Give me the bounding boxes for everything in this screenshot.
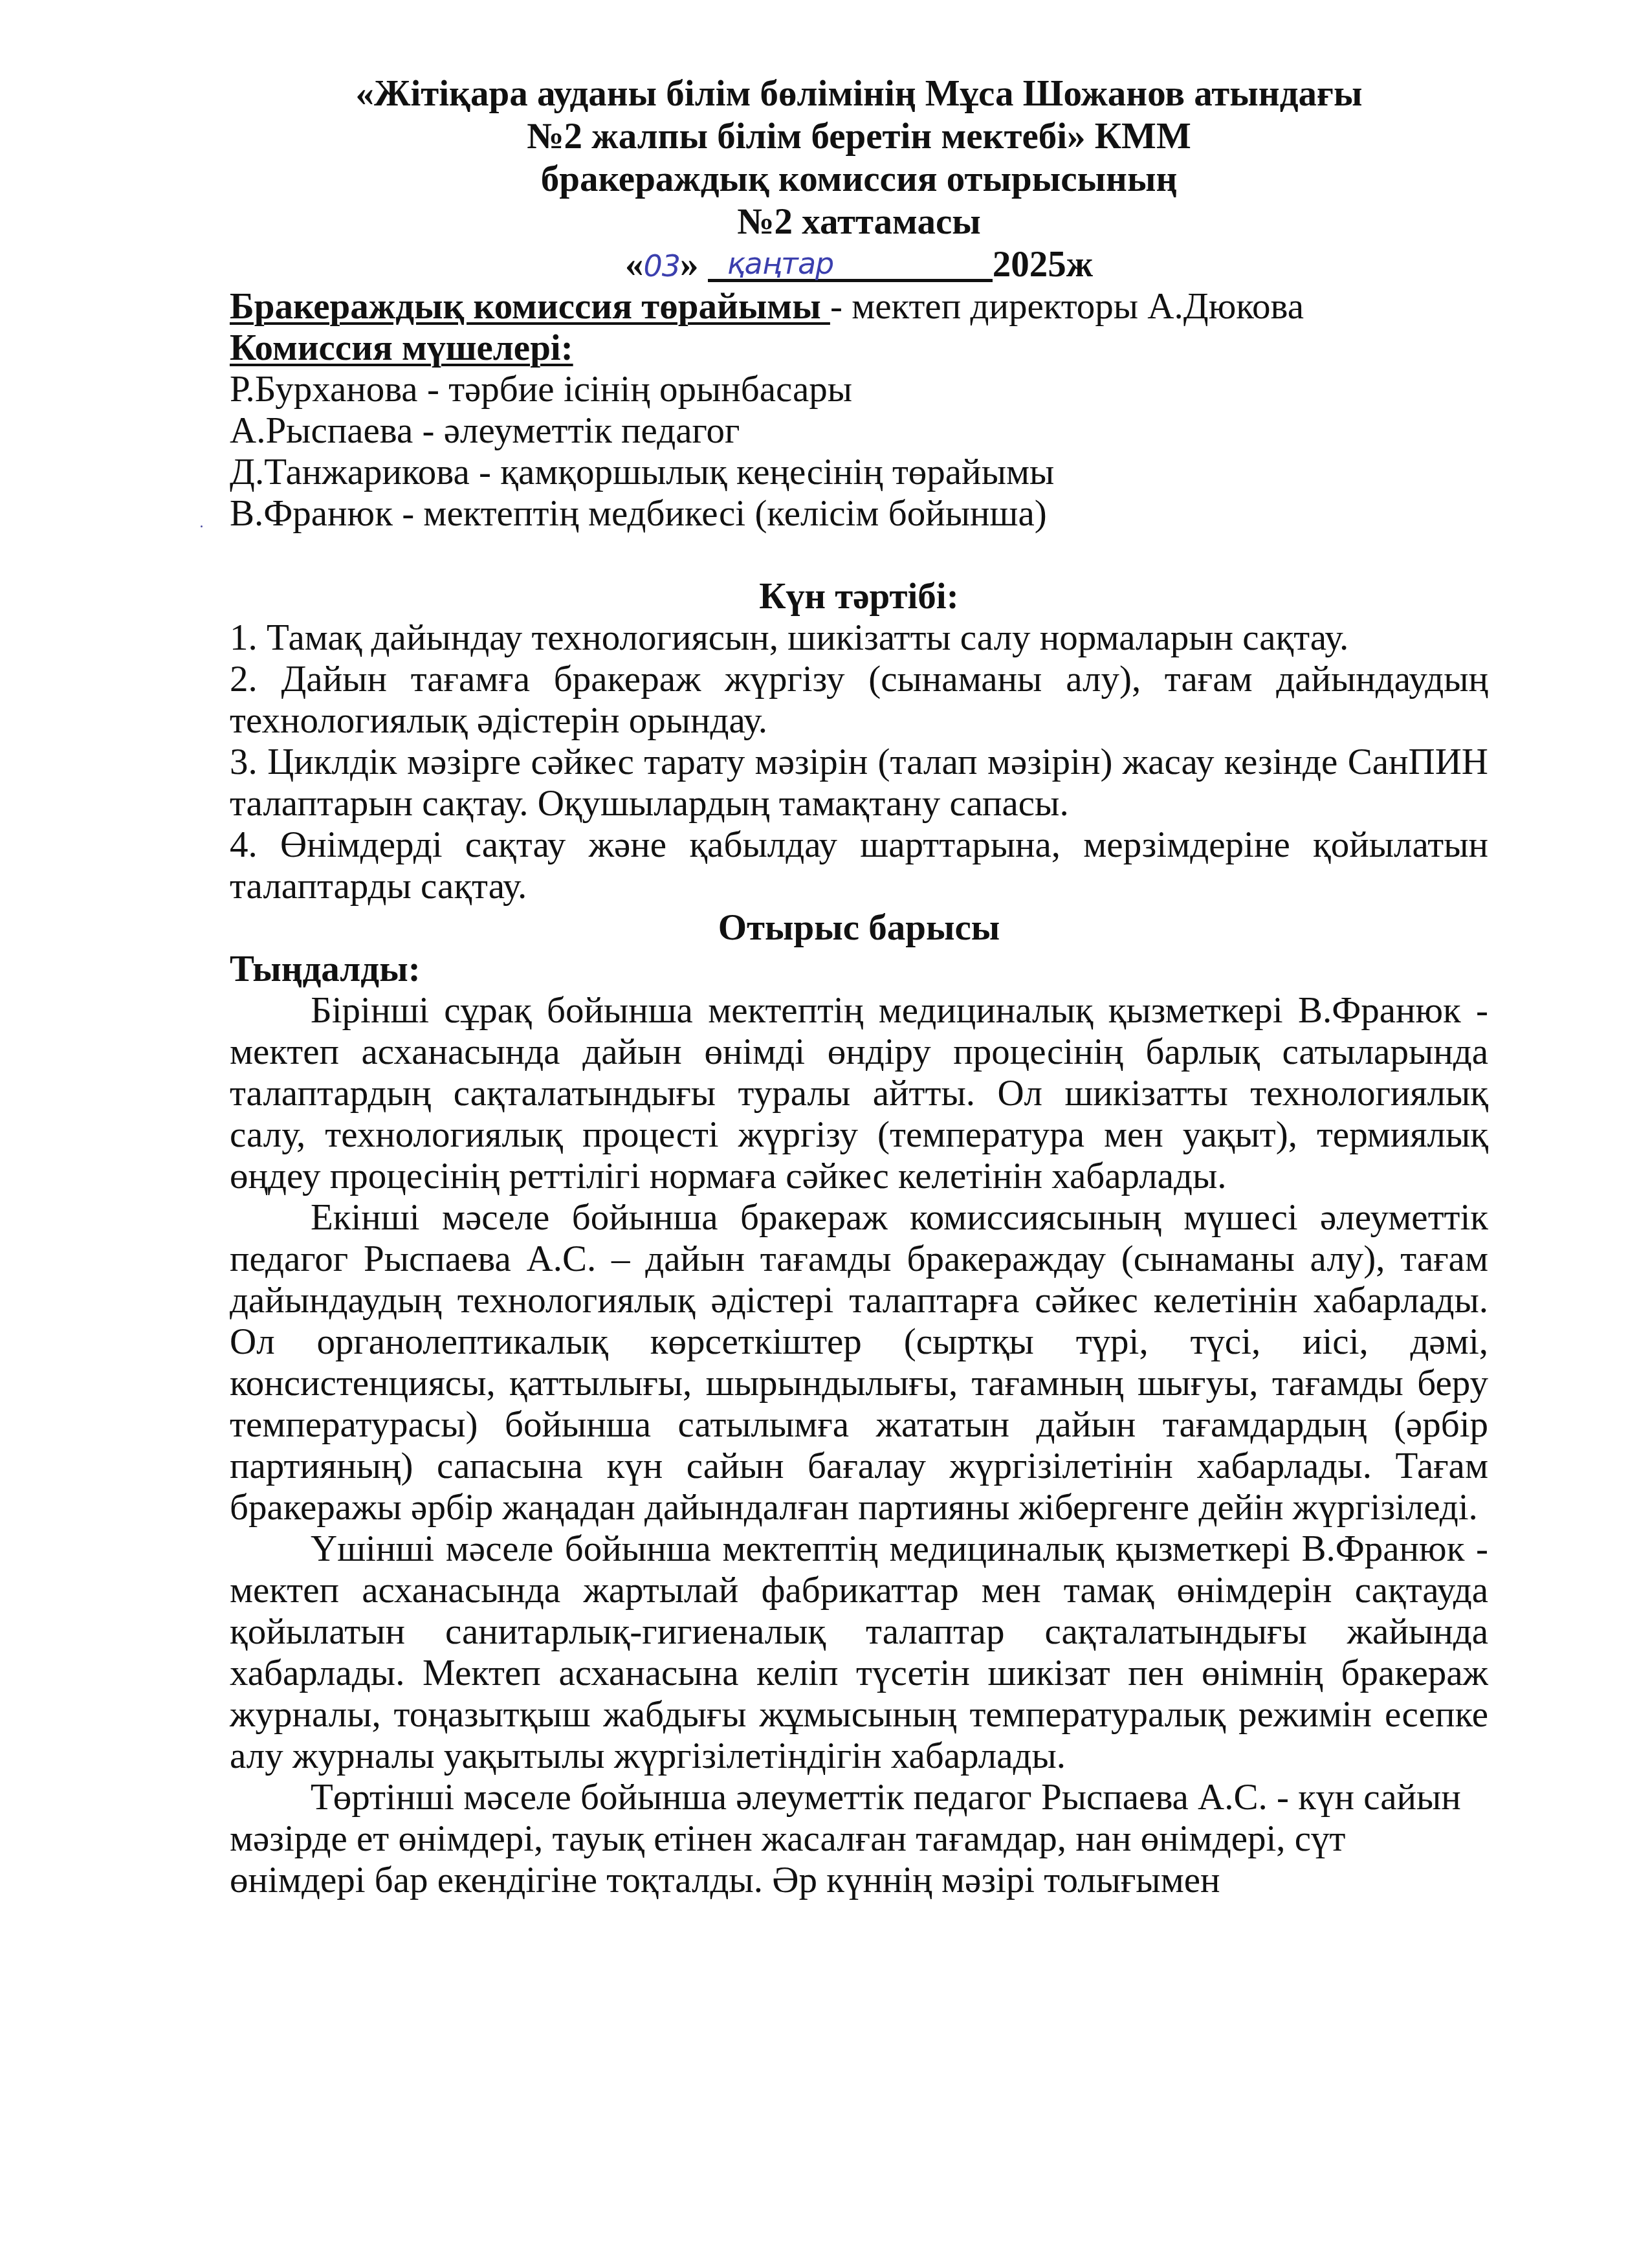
date-day-handwritten: 03 (643, 248, 680, 283)
commission-chair: Бракераждық комиссия төрайымы - мектеп д… (230, 286, 1488, 327)
date-month-field: қаңтар (708, 246, 993, 282)
member-item: Д.Танжарикова - қамқоршылық кеңесінің тө… (230, 452, 1488, 493)
member-item: В.Франюк - мектептің медбикесі (келісім … (230, 493, 1488, 534)
member-item: Р.Бурханова - тәрбие ісінің орынбасары (230, 369, 1488, 410)
agenda-title: Күн тәртібі: (230, 576, 1488, 617)
agenda-item: 1. Тамақ дайындау технологиясын, шикізат… (230, 617, 1488, 659)
protocol-date: «03» қаңтар2025ж (230, 243, 1488, 287)
scan-speck (201, 525, 203, 527)
chair-value: - мектеп директоры А.Дюкова (830, 286, 1304, 327)
paragraph-first-question: Бірінші сұрақ бойынша мектептің медицина… (230, 990, 1488, 1197)
blank-line (230, 534, 1488, 576)
date-year: 2025ж (993, 244, 1093, 285)
members-label: Комиссия мүшелері: (230, 327, 573, 368)
date-open-quote: « (625, 244, 644, 285)
paragraph-second-question: Екінші мәселе бойынша бракераж комиссияс… (230, 1197, 1488, 1528)
date-close-quote: » (680, 244, 699, 285)
members-heading: Комиссия мүшелері: (230, 327, 1488, 369)
proceedings-title: Отырыс барысы (230, 907, 1488, 949)
member-item: А.Рыспаева - әлеуметтік педагог (230, 410, 1488, 452)
document-header: «Жітіқара ауданы білім бөлімінің Мұса Шо… (230, 72, 1488, 287)
header-line-school: №2 жалпы білім беретін мектебі» КММ (230, 115, 1488, 158)
document-body: Бракераждық комиссия төрайымы - мектеп д… (230, 286, 1488, 1901)
paragraph-fourth-question: Төртінші мәселе бойынша әлеуметтік педаг… (230, 1777, 1488, 1901)
header-line-organization: «Жітіқара ауданы білім бөлімінің Мұса Шо… (230, 72, 1488, 115)
chair-label: Бракераждық комиссия төрайымы (230, 286, 830, 327)
agenda-item: 4. Өнімдерді сақтау және қабылдау шартта… (230, 824, 1488, 907)
agenda-item: 3. Циклдік мәзірге сәйкес тарату мәзірін… (230, 742, 1488, 824)
agenda-item: 2. Дайын тағамға бракераж жүргізу (сынам… (230, 659, 1488, 742)
date-month-handwritten: қаңтар (727, 246, 834, 281)
header-line-protocol-number: №2 хаттамасы (230, 201, 1488, 243)
heard-label: Тыңдалды: (230, 949, 1488, 990)
paragraph-third-question: Үшінші мәселе бойынша мектептің медицина… (230, 1528, 1488, 1777)
header-line-commission: бракераждық комиссия отырысының (230, 158, 1488, 201)
